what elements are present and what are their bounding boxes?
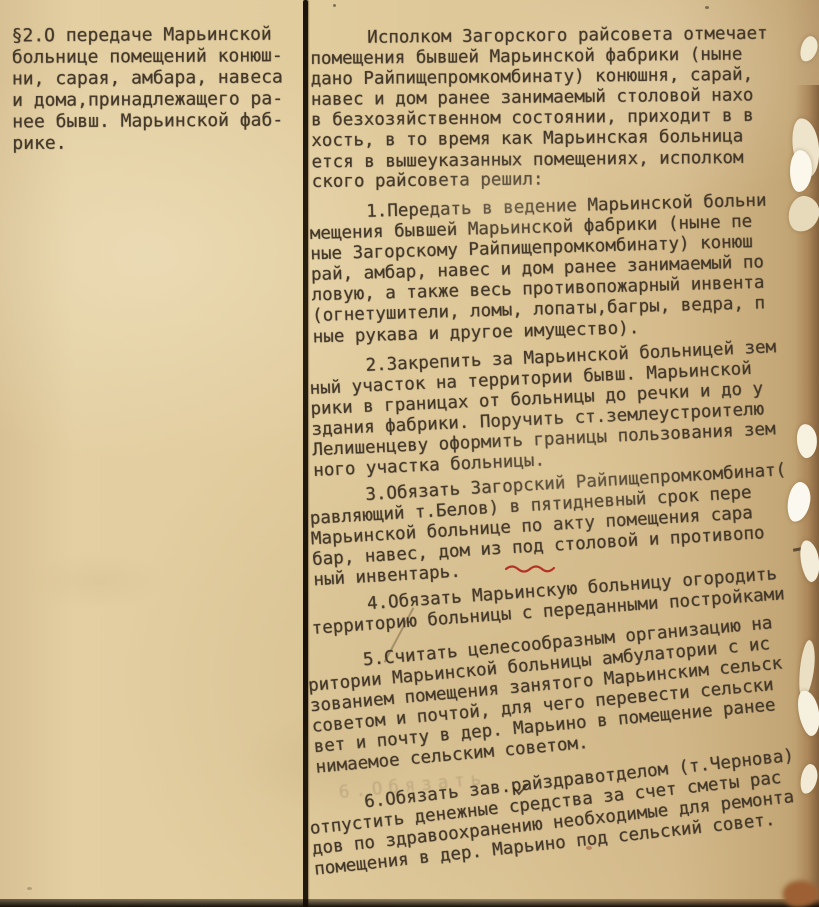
paragraph-item-2: 2.Закрепить за Марьинской больницей земн… [308, 334, 819, 481]
ink-speck [333, 4, 336, 7]
main-text-column: Исполком Загорского райсовета отмечаетпо… [311, 22, 819, 907]
text-line: рике. [12, 131, 308, 155]
text-line: нее бывш. Марьинской фаб- [12, 110, 308, 134]
paragraph-item-1: 1.Передать в ведение Марьинской больниме… [309, 189, 819, 348]
ink-speck [705, 6, 709, 9]
text-line: ни, сарая, амбара, навеса [12, 67, 308, 91]
margin-note: §2.О передаче Марьинскойбольнице помещен… [12, 23, 309, 155]
paragraph-intro: Исполком Загорского райсовета отмечаетпо… [310, 23, 819, 193]
text-line: больнице помещений конюш- [12, 45, 308, 69]
text-line: §2.О передаче Марьинской [12, 23, 308, 47]
ink-speck [27, 887, 32, 890]
document-page: §2.О передаче Марьинскойбольнице помещен… [0, 0, 819, 907]
column-divider-rule [303, 0, 308, 907]
text-line: и дома,принадлежащего ра- [12, 88, 308, 112]
